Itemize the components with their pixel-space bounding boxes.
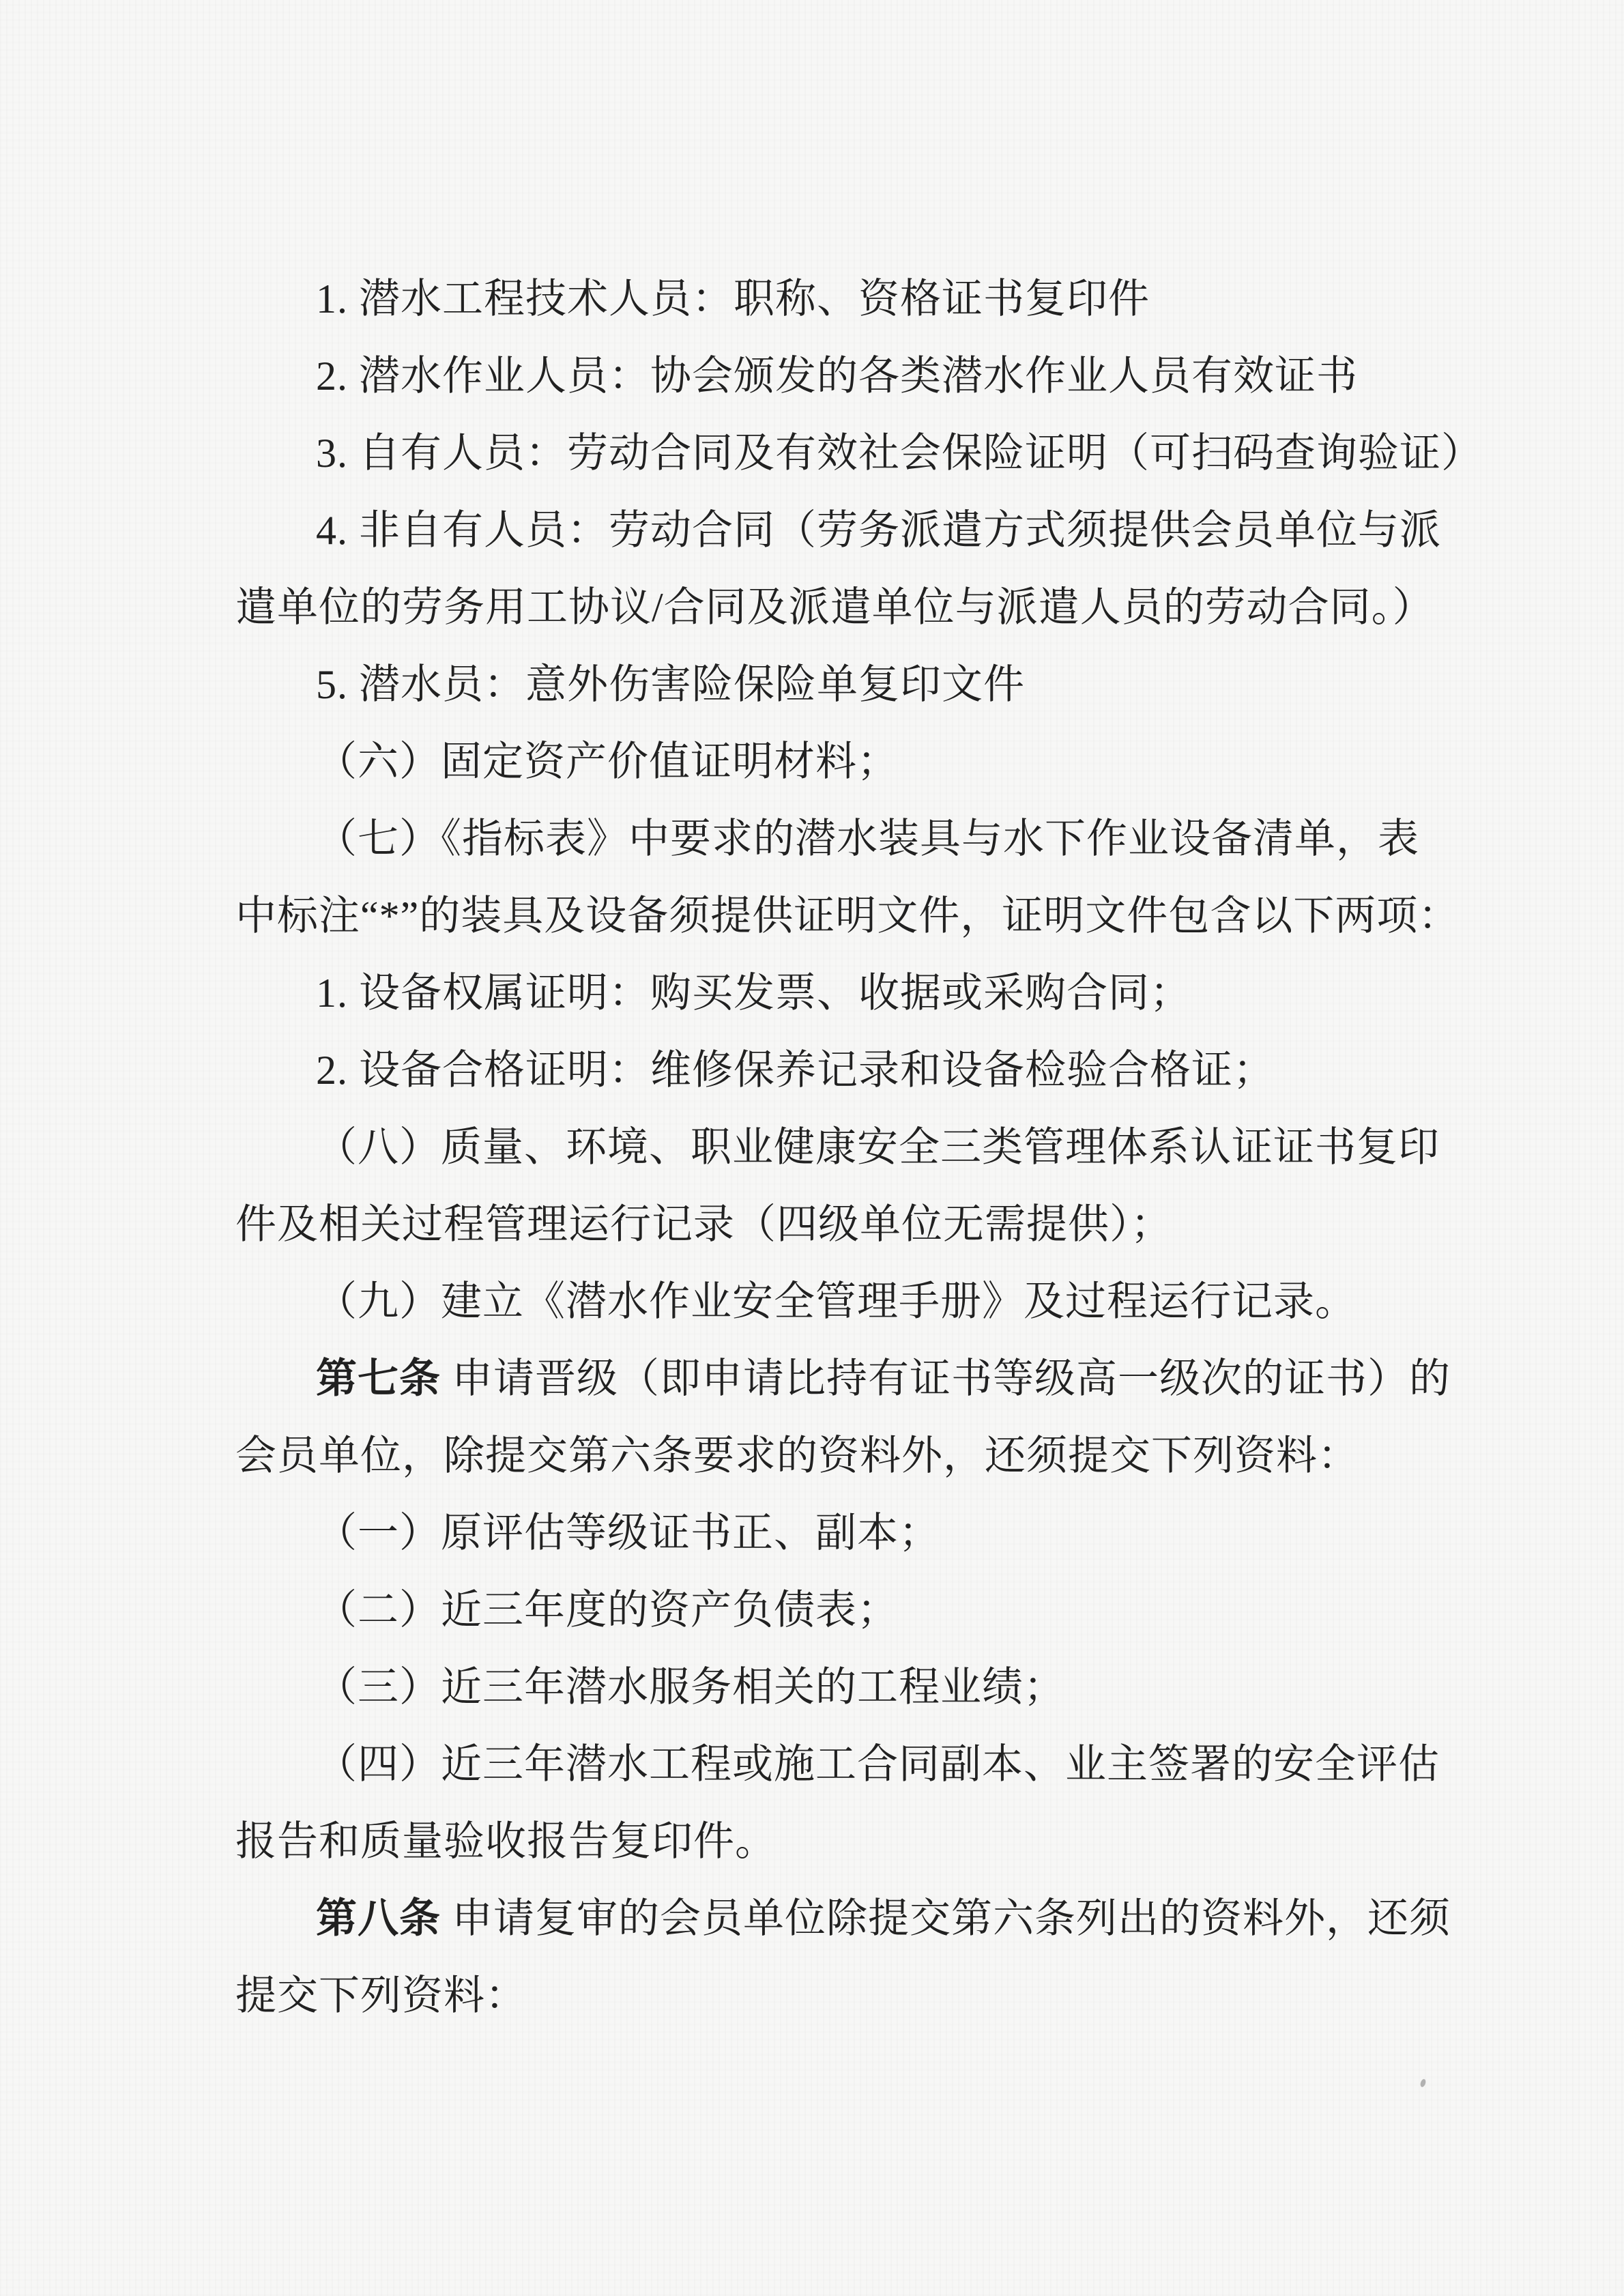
doc-line-15: 第七条 申请晋级（即申请比持有证书等级高一级次的证书）的 (235, 1340, 1457, 1418)
doc-line-5: 遣单位的劳务用工协议/合同及派遣单位与派遣人员的劳动合同。） (235, 569, 1457, 646)
line-text: 报告和质量验收报告复印件。 (235, 1819, 777, 1864)
line-text: （四）近三年潜水工程或施工合同副本、业主签署的安全评估 (316, 1742, 1440, 1787)
scan-speck (1419, 2078, 1426, 2088)
document-page: 1. 潜水工程技术人员：职称、资格证书复印件 2. 潜水作业人员：协会颁发的各类… (0, 0, 1624, 2296)
doc-line-21: 报告和质量验收报告复印件。 (235, 1803, 1457, 1880)
line-text: （一）原评估等级证书正、副本； (316, 1510, 940, 1555)
line-text: （六）固定资产价值证明材料； (316, 739, 899, 784)
line-text: （八）质量、环境、职业健康安全三类管理体系认证证书复印 (316, 1125, 1440, 1170)
doc-line-1: 1. 潜水工程技术人员：职称、资格证书复印件 (235, 261, 1457, 338)
doc-line-9: 中标注“*”的装具及设备须提供证明文件，证明文件包含以下两项： (235, 878, 1457, 955)
doc-line-8: （七）《指标表》中要求的潜水装具与水下作业设备清单，表 (235, 801, 1457, 878)
document-body: 1. 潜水工程技术人员：职称、资格证书复印件 2. 潜水作业人员：协会颁发的各类… (235, 261, 1457, 2035)
line-text: 1. 潜水工程技术人员：职称、资格证书复印件 (316, 276, 1150, 321)
line-text: 申请晋级（即申请比持有证书等级高一级次的证书）的 (441, 1356, 1451, 1401)
line-text: 2. 设备合格证明：维修保养记录和设备检验合格证； (316, 1048, 1275, 1093)
doc-line-16: 会员单位，除提交第六条要求的资料外，还须提交下列资料： (235, 1418, 1457, 1495)
line-text: 申请复审的会员单位除提交第六条列出的资料外，还须 (441, 1896, 1451, 1941)
line-text: 2. 潜水作业人员：协会颁发的各类潜水作业人员有效证书 (316, 354, 1358, 399)
doc-line-2: 2. 潜水作业人员：协会颁发的各类潜水作业人员有效证书 (235, 338, 1457, 415)
doc-line-23: 提交下列资料： (235, 1957, 1457, 2035)
doc-line-13: 件及相关过程管理运行记录（四级单位无需提供）； (235, 1186, 1457, 1263)
line-text: 会员单位，除提交第六条要求的资料外，还须提交下列资料： (235, 1433, 1359, 1478)
doc-line-14: （九）建立《潜水作业安全管理手册》及过程运行记录。 (235, 1263, 1457, 1340)
line-text: 1. 设备权属证明：购买发票、收据或采购合同； (316, 971, 1191, 1016)
line-text: （九）建立《潜水作业安全管理手册》及过程运行记录。 (316, 1279, 1357, 1324)
doc-line-3: 3. 自有人员：劳动合同及有效社会保险证明（可扫码查询验证） (235, 415, 1457, 492)
doc-line-22: 第八条 申请复审的会员单位除提交第六条列出的资料外，还须 (235, 1880, 1457, 1957)
doc-line-19: （三）近三年潜水服务相关的工程业绩； (235, 1649, 1457, 1726)
line-text: 遣单位的劳务用工协议/合同及派遣单位与派遣人员的劳动合同。） (235, 585, 1434, 630)
doc-line-6: 5. 潜水员：意外伤害险保险单复印文件 (235, 646, 1457, 723)
line-text: 件及相关过程管理运行记录（四级单位无需提供）； (235, 1202, 1172, 1247)
doc-line-11: 2. 设备合格证明：维修保养记录和设备检验合格证； (235, 1032, 1457, 1109)
doc-line-20: （四）近三年潜水工程或施工合同副本、业主签署的安全评估 (235, 1726, 1457, 1803)
doc-line-7: （六）固定资产价值证明材料； (235, 723, 1457, 801)
article-label-7: 第七条 (316, 1356, 441, 1401)
line-text: 中标注“*”的装具及设备须提供证明文件，证明文件包含以下两项： (235, 893, 1460, 938)
doc-line-17: （一）原评估等级证书正、副本； (235, 1495, 1457, 1572)
doc-line-12: （八）质量、环境、职业健康安全三类管理体系认证证书复印 (235, 1109, 1457, 1186)
doc-line-10: 1. 设备权属证明：购买发票、收据或采购合同； (235, 955, 1457, 1032)
line-text: （三）近三年潜水服务相关的工程业绩； (316, 1665, 1065, 1710)
line-text: 3. 自有人员：劳动合同及有效社会保险证明（可扫码查询验证） (316, 431, 1483, 476)
line-text: 4. 非自有人员：劳动合同（劳务派遣方式须提供会员单位与派 (316, 508, 1441, 553)
line-text: （七）《指标表》中要求的潜水装具与水下作业设备清单，表 (316, 816, 1419, 861)
line-text: 提交下列资料： (235, 1973, 527, 2018)
article-label-8: 第八条 (316, 1896, 441, 1941)
line-text: 5. 潜水员：意外伤害险保险单复印文件 (316, 662, 1025, 707)
doc-line-4: 4. 非自有人员：劳动合同（劳务派遣方式须提供会员单位与派 (235, 492, 1457, 569)
doc-line-18: （二）近三年度的资产负债表； (235, 1572, 1457, 1649)
line-text: （二）近三年度的资产负债表； (316, 1588, 899, 1633)
